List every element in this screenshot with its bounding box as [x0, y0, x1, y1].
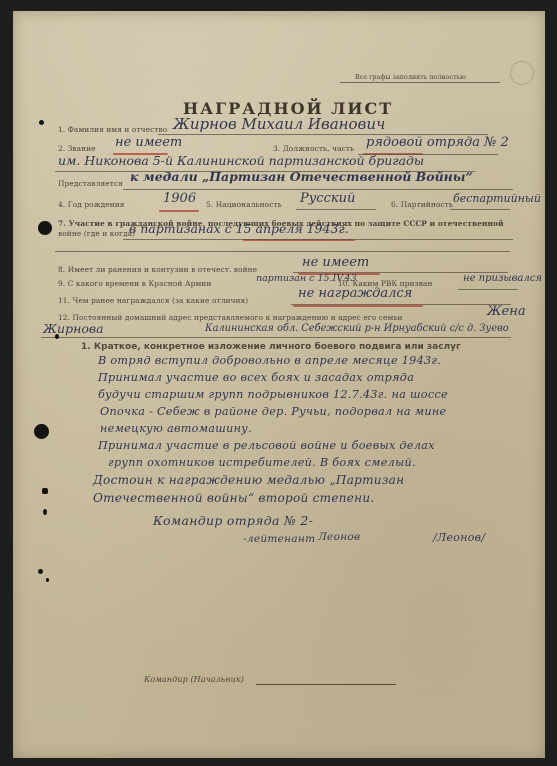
narrative-line-8: Достоин к награждению медалью „Партизан: [93, 473, 404, 487]
field-2-value: не имеет: [115, 135, 182, 150]
faint-stamp: [510, 61, 534, 85]
field-5-rule: [296, 209, 376, 210]
field-3-label: 3. Должность, часть: [273, 144, 354, 153]
field-7-rule: [123, 239, 513, 240]
field-6-value: беспартийный: [453, 192, 541, 205]
award-sheet-document: Все графы заполнять полностью НАГРАДНОЙ …: [13, 11, 545, 758]
punch-hole: [38, 221, 52, 235]
header-note-underline: [340, 82, 500, 83]
field-12-label: 12. Постоянный домашний адрес представля…: [58, 313, 402, 322]
narrative-line-6: Принимал участие в рельсовой войне и бое…: [98, 439, 435, 452]
field-6-rule: [450, 209, 510, 210]
punch-mark: [39, 120, 44, 125]
achievement-section-heading: 1. Краткое, конкретное изложение личного…: [81, 342, 461, 352]
narrative-line-1: В отряд вступил добровольно в апреле мес…: [98, 354, 441, 367]
narrative-line-2: Принимал участие во всех боях и засадах …: [98, 371, 414, 384]
field-11-red-underline: [293, 305, 423, 307]
field-8-label: 8. Имеет ли ранения и контузии в отечест…: [58, 265, 257, 274]
punch-hole: [34, 424, 49, 439]
field-4-value: 1906: [163, 191, 196, 206]
narrative-line-7: групп охотников истребителей. В боях сме…: [108, 456, 416, 469]
commander-signature-line: [256, 684, 396, 685]
field-10-value: не призывался: [463, 273, 542, 284]
field-7-rule-2: [55, 251, 510, 252]
punch-mark: [55, 334, 59, 339]
signature-title-line1: Командир отряда № 2-: [153, 513, 313, 528]
signature-scrawl: Леонов: [318, 531, 360, 543]
field-12-rule: [41, 337, 511, 338]
punch-mark: [46, 578, 49, 582]
narrative-line-4: Опочка - Себеж в районе дер. Ручьи, подо…: [100, 405, 446, 418]
presented-label: Представляется: [58, 179, 123, 188]
commander-label: Командир (Начальник): [144, 675, 244, 684]
field-11-label: 11. Чем ранее награждался (за какие отли…: [58, 296, 248, 305]
field-1-label: 1. Фамилия имя и отчество: [58, 125, 167, 134]
field-8-value: не имеет: [302, 255, 369, 270]
field-2-label: 2. Звание: [58, 144, 96, 153]
punch-mark: [38, 569, 43, 574]
punch-mark: [43, 509, 47, 515]
field-4-label: 4. Год рождения: [58, 200, 125, 209]
field-11-value: не награждался: [298, 286, 412, 301]
narrative-line-9: Отечественной войны“ второй степени.: [93, 491, 375, 505]
field-1-value: Жирнов Михаил Иванович: [173, 115, 385, 133]
field-7-label-line2: войне (где и когда): [58, 229, 135, 238]
header-note: Все графы заполнять полностью: [355, 73, 466, 81]
field-4-red-underline: [159, 210, 199, 212]
field-6-label: 6. Партийность: [391, 200, 453, 209]
signature-name: /Леонов/: [433, 531, 485, 544]
field-12-value: Жена: [487, 304, 526, 319]
field-3-value-continued: им. Никонова 5-й Калининской партизанско…: [58, 153, 424, 168]
field-12-address: Калининская обл. Себежский р-н Ирнуабски…: [205, 323, 509, 334]
field-3-value: рядовой отряда № 2: [366, 135, 509, 150]
signature-title-line2: -лейтенант: [243, 533, 315, 545]
field-9-label: 9. С какого времени в Красной Армии: [58, 279, 211, 288]
field-10-rule: [458, 289, 518, 290]
field-11-rule: [291, 304, 511, 305]
narrative-line-3: будучи старшим групп подрывников 12.7.43…: [98, 388, 448, 401]
field-12-family-name: Жирнова: [43, 321, 104, 336]
narrative-line-5: немецкую автомашину.: [100, 422, 252, 435]
field-5-label: 5. Национальность: [206, 200, 282, 209]
field-5-value: Русский: [300, 191, 355, 206]
presented-rule: [123, 189, 513, 190]
field-7-value: в партизанах с 15 апреля 1943г.: [129, 221, 349, 236]
punch-mark: [42, 488, 48, 494]
presented-value: к медали „Партизан Отечественной Войны“: [130, 169, 473, 184]
